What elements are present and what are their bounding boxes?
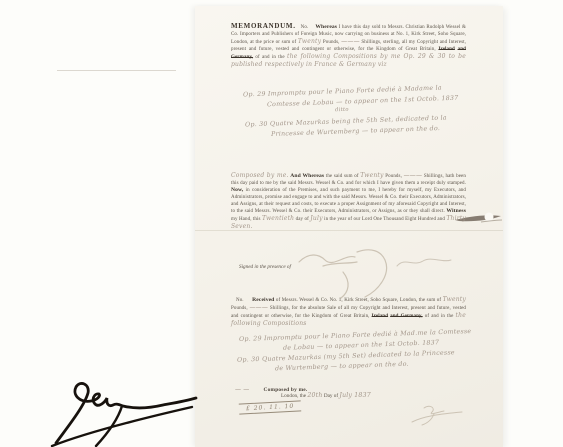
p3-blank-handwritten: ——— bbox=[249, 304, 268, 311]
p2-text-b: Pounds, bbox=[385, 174, 402, 179]
now-word: Now, bbox=[231, 187, 243, 193]
memo-title: MEMORANDUM. bbox=[231, 22, 296, 30]
p2-month-handwritten: July bbox=[310, 215, 322, 222]
date-prefix: London, the bbox=[281, 393, 306, 399]
pen-dash: — — bbox=[235, 386, 250, 393]
p2-text-g: in the year of our Lord One Thousand Eig… bbox=[324, 217, 445, 222]
p2-day-handwritten: Twentieth bbox=[262, 215, 294, 222]
p1-blank-handwritten: ——— bbox=[341, 38, 360, 45]
signed-presence-row: Signed in the presence of bbox=[239, 255, 291, 273]
p2-text-a: the said sum of bbox=[326, 174, 359, 179]
amount-notation: £ 20. 11. 10 bbox=[239, 400, 302, 414]
p2-text-e: my Hand, this bbox=[231, 217, 261, 222]
p3-struck-germany: and Germany, bbox=[390, 314, 423, 319]
paragraph-opening: MEMORANDUM.No.Whereas I have this day so… bbox=[231, 23, 466, 69]
date-day-handwritten: 20th bbox=[307, 392, 322, 399]
p3-text-a: of Messrs. Wessel & Co. No. 1, Kirk Stre… bbox=[276, 298, 441, 303]
overlapping-card-edge-line bbox=[57, 70, 176, 71]
p1-text-b: Pounds, bbox=[323, 40, 340, 45]
entry-op29-line2: Comtesse de Lobau — to appear on the 1st… bbox=[267, 95, 459, 109]
date-mid: Day of bbox=[324, 393, 338, 399]
p2-blank-handwritten: ——— bbox=[404, 172, 423, 179]
chopin-signature bbox=[50, 379, 202, 447]
p3-sum-handwritten: Twenty bbox=[443, 296, 466, 303]
entry-op30-line2: Princesse de Wurtemberg — to appear on t… bbox=[271, 125, 440, 138]
p2-text-d: in consideration of the Premises, and su… bbox=[231, 188, 466, 214]
p3-text-b: Pounds, bbox=[231, 306, 248, 311]
witness-word: Witness bbox=[446, 208, 466, 214]
p2-text-f: day of bbox=[296, 217, 309, 222]
p2-composed-by-me: Composed by me. bbox=[231, 172, 289, 179]
and-whereas-word: And Whereas bbox=[290, 173, 324, 179]
faint-chopin-signature-bottom bbox=[410, 402, 465, 426]
date-line: London, the 20th Day of July 1837 bbox=[281, 392, 371, 399]
photograph-of-memorandum: MEMORANDUM.No.Whereas I have this day so… bbox=[0, 0, 563, 447]
received-word: Received bbox=[252, 297, 274, 303]
date-rest-handwritten: July 1837 bbox=[339, 392, 370, 399]
faint-chopin-signature bbox=[395, 254, 453, 270]
p3-no-label: No. bbox=[236, 298, 244, 303]
memorandum-sheet: MEMORANDUM.No.Whereas I have this day so… bbox=[195, 6, 503, 447]
paragraph-consideration: Composed by me. And Whereas the said sum… bbox=[231, 172, 466, 231]
entry-op29-ditto: ditto bbox=[335, 107, 349, 113]
p2-sum-handwritten: Twenty bbox=[360, 172, 383, 179]
entry-op30-repeat-line2: de Wurtemberg — to appear on the do. bbox=[275, 361, 409, 373]
p1-text-d: of and in the bbox=[255, 55, 284, 60]
p1-struck-ireland: Ireland bbox=[438, 47, 454, 52]
p1-sum-handwritten: Twenty bbox=[298, 38, 321, 45]
memo-no-label: No. bbox=[301, 25, 309, 30]
paragraph-received: No. Received of Messrs. Wessel & Co. No.… bbox=[231, 296, 466, 328]
entry-op30-repeat-line1: Op. 30 Quatre Mazurkas (my 5th Set) dedi… bbox=[237, 349, 455, 364]
signed-presence-label: Signed in the presence of bbox=[239, 264, 291, 270]
p3-text-d: of and in the bbox=[425, 314, 454, 319]
witness-signature-flourish bbox=[293, 242, 417, 300]
p3-struck-ireland: Ireland bbox=[372, 314, 388, 319]
whereas-word: Whereas bbox=[315, 24, 337, 30]
